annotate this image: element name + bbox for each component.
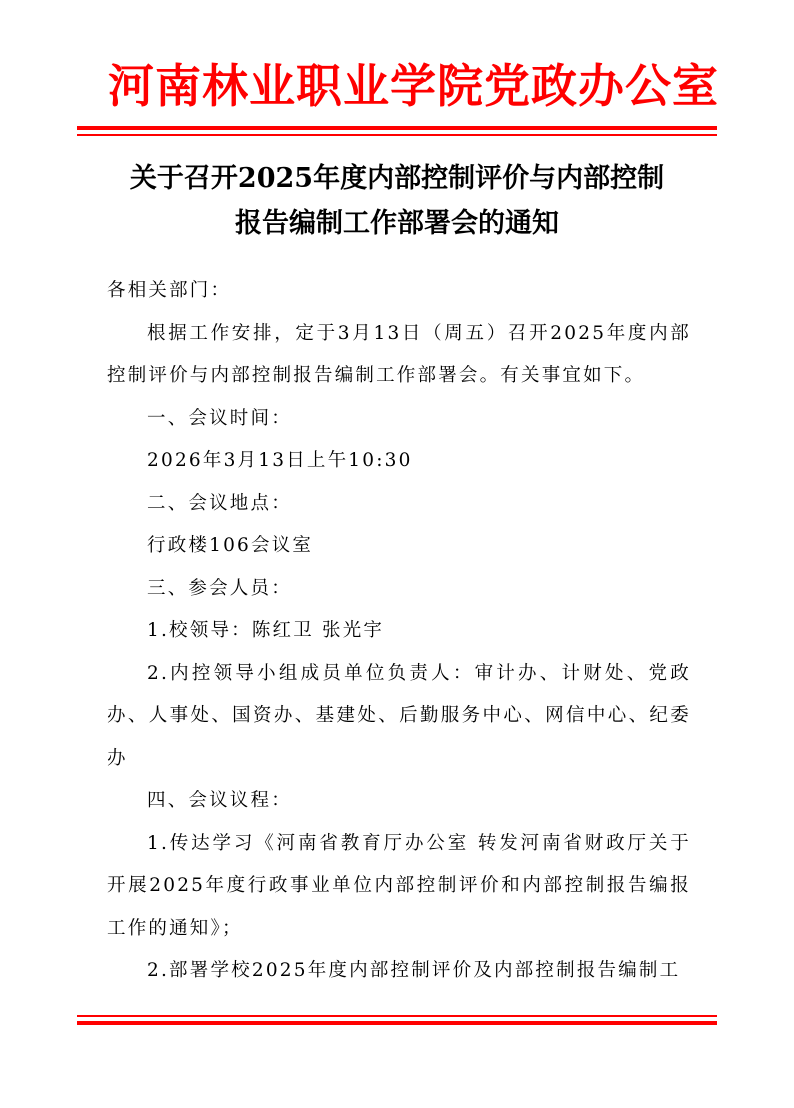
time-value: 2026年3月13日上午10:30 (107, 440, 691, 483)
document-page: 河南林业职业学院党政办公室 关于召开2025年度内部控制评价与内部控制 报告编制… (0, 0, 794, 1108)
notice-title: 关于召开2025年度内部控制评价与内部控制 报告编制工作部署会的通知 (90, 156, 704, 246)
place-value: 行政楼106会议室 (107, 525, 691, 568)
letterhead-rule-thin (77, 134, 717, 136)
time-heading: 一、会议时间： (107, 398, 691, 441)
footer-rule-thin (77, 1015, 717, 1017)
agenda-item-1: 1.传达学习《河南省教育厅办公室 转发河南省财政厅关于开展2025年度行政事业单… (107, 823, 691, 951)
intro-paragraph: 根据工作安排，定于3月13日（周五）召开2025年度内部控制评价与内部控制报告编… (107, 313, 691, 398)
notice-title-line2: 报告编制工作部署会的通知 (90, 201, 704, 246)
attendees-item-2: 2.内控领导小组成员单位负责人：审计办、计财处、党政办、人事处、国资办、基建处、… (107, 653, 691, 781)
letterhead-rule-thick (77, 126, 717, 130)
letterhead-organization: 河南林业职业学院党政办公室 (108, 56, 698, 116)
attendees-item-1: 1.校领导：陈红卫 张光宇 (107, 610, 691, 653)
agenda-item-2: 2.部署学校2025年度内部控制评价及内部控制报告编制工 (107, 950, 691, 993)
attendees-heading: 三、参会人员： (107, 568, 691, 611)
footer-rule-thick (77, 1021, 717, 1025)
agenda-heading: 四、会议议程： (107, 780, 691, 823)
notice-title-line1: 关于召开2025年度内部控制评价与内部控制 (90, 156, 704, 201)
notice-body: 各相关部门： 根据工作安排，定于3月13日（周五）召开2025年度内部控制评价与… (107, 270, 691, 993)
salutation: 各相关部门： (107, 270, 691, 313)
place-heading: 二、会议地点： (107, 483, 691, 526)
